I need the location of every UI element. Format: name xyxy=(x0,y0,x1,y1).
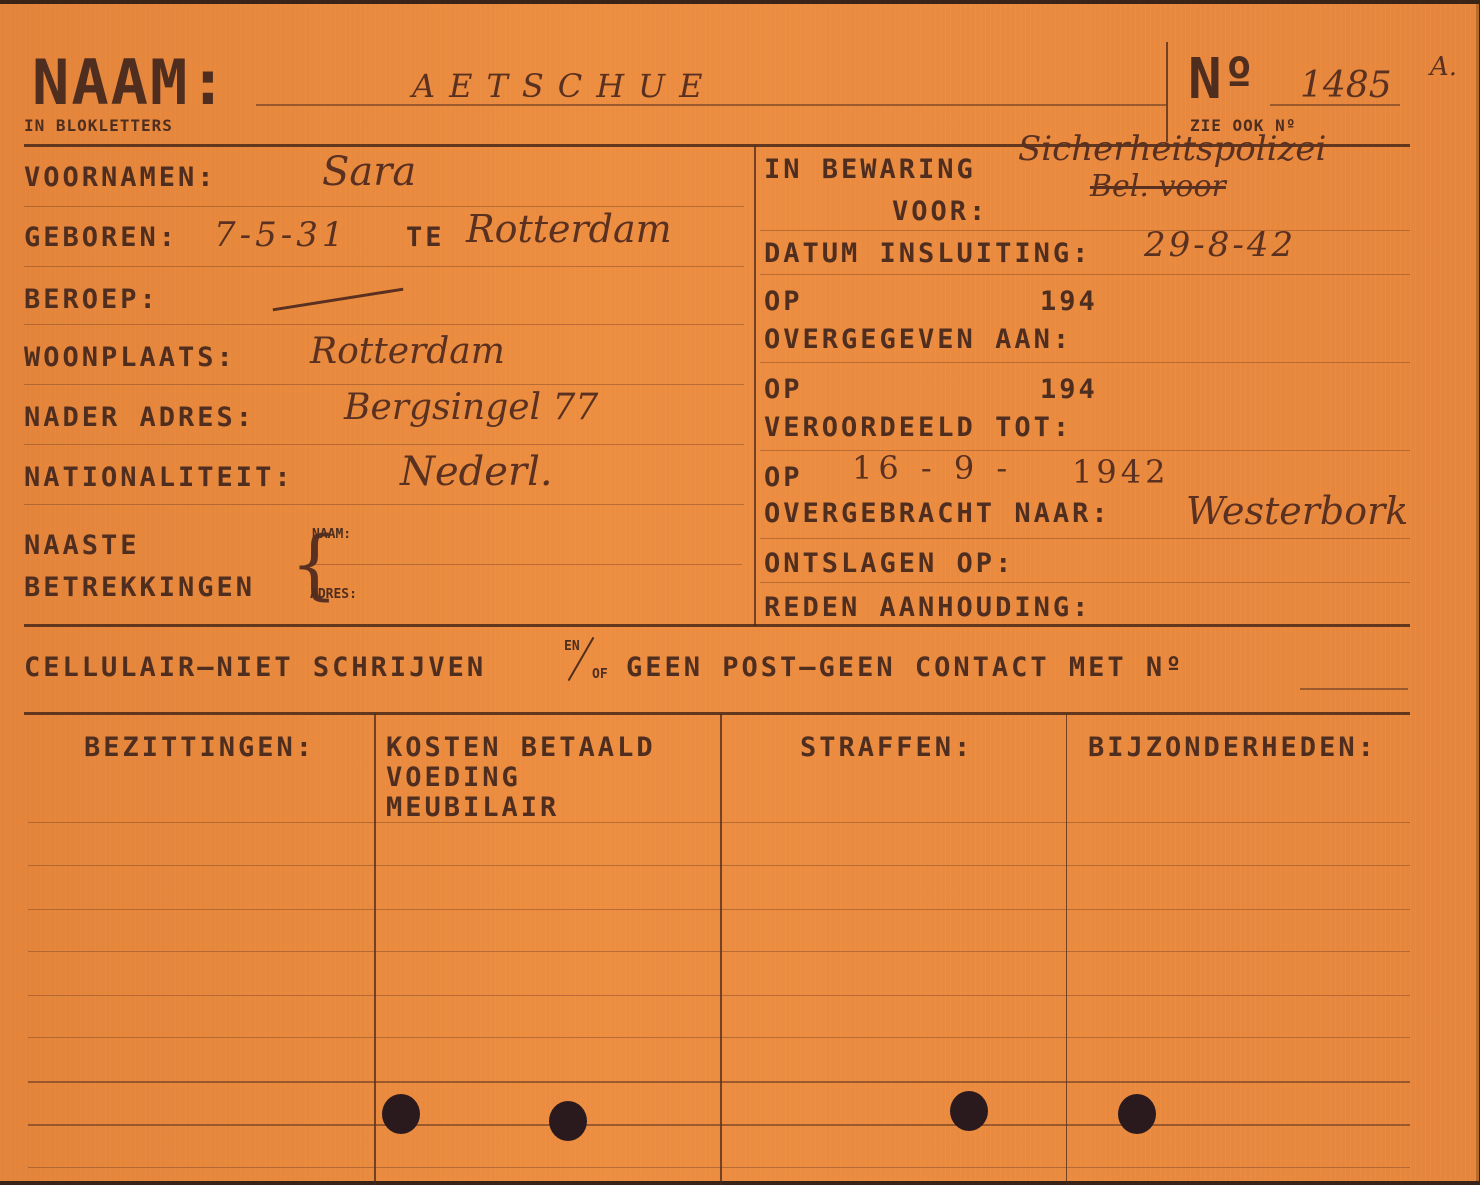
punch-hole xyxy=(549,1101,587,1141)
rule xyxy=(760,274,1410,275)
ledger-rule xyxy=(28,1124,1410,1126)
profession-dash xyxy=(273,288,404,312)
number-value: 1485 xyxy=(1300,68,1392,104)
reason-label: REDEN AANHOUDING: xyxy=(764,594,1091,621)
punch-hole xyxy=(1118,1094,1156,1134)
transfer-op-label: OP xyxy=(764,464,803,491)
rule xyxy=(760,582,1410,583)
ledger-rule xyxy=(28,995,1410,996)
birth-place-value: Rotterdam xyxy=(466,210,672,248)
first-names-value: Sara xyxy=(322,152,416,192)
nationality-label: NATIONALITEIT: xyxy=(24,464,294,491)
born-connector: TE xyxy=(406,224,445,251)
contact-number-underline xyxy=(1300,688,1408,690)
residence-label: WOONPLAATS: xyxy=(24,344,236,371)
punch-hole xyxy=(382,1094,420,1134)
rule xyxy=(24,384,744,385)
custody-value: Sicherheitspolizei xyxy=(1018,132,1326,166)
punch-hole xyxy=(950,1091,988,1131)
handed-op-label: OP xyxy=(764,288,803,315)
sentenced-op-label: OP xyxy=(764,376,803,403)
ledger-rule xyxy=(28,909,1410,910)
registration-card: NAAM: IN BLOKLETTERS AETSCHUE Nº ZIE OOK… xyxy=(0,4,1479,1181)
column-divider xyxy=(374,714,376,1181)
custody-struck-value: Bel. voor xyxy=(1090,172,1226,202)
section-divider xyxy=(754,146,756,626)
ledger-rule xyxy=(28,865,1410,866)
rule xyxy=(760,230,1410,231)
number-label: Nº xyxy=(1188,52,1255,108)
profession-label: BEROEP: xyxy=(24,286,159,313)
ledger-rule xyxy=(28,822,1410,823)
rule xyxy=(24,504,744,505)
costs-sub-food: VOEDING xyxy=(386,764,521,791)
relatives-name-label: NAAM: xyxy=(312,528,351,541)
rule xyxy=(760,362,1410,363)
handed-year-prefix: 194 xyxy=(1040,288,1098,315)
first-names-label: VOORNAMEN: xyxy=(24,164,217,191)
birth-date-value: 7-5-31 xyxy=(214,218,348,252)
date-value: 29-8-42 xyxy=(1144,228,1296,262)
rule xyxy=(760,538,1410,539)
custody-label-1: IN BEWARING xyxy=(764,156,976,183)
rule xyxy=(24,324,744,325)
relatives-label-1: NAASTE xyxy=(24,532,140,559)
sentenced-label: VEROORDEELD TOT: xyxy=(764,414,1072,441)
handed-label: OVERGEGEVEN AAN: xyxy=(764,326,1072,353)
costs-sub-furniture: MEUBILAIR xyxy=(386,794,559,821)
upper-section-rule xyxy=(24,624,1410,627)
rule xyxy=(24,266,744,267)
custody-label-2: VOOR: xyxy=(892,198,988,225)
costs-header: KOSTEN BETAALD xyxy=(386,734,656,761)
date-label: DATUM INSLUITING: xyxy=(764,240,1091,267)
address-label: NADER ADRES: xyxy=(24,404,255,431)
address-value: Bergsingel 77 xyxy=(344,390,598,426)
sentenced-year-prefix: 194 xyxy=(1040,376,1098,403)
column-divider xyxy=(1066,714,1067,1181)
transfer-date: 16 - 9 - xyxy=(852,452,1013,484)
lower-section-rule xyxy=(24,712,1410,715)
rule xyxy=(24,444,744,445)
ledger-rule xyxy=(28,1167,1410,1168)
transfer-year: 1942 xyxy=(1072,456,1169,488)
number-suffix: A. xyxy=(1430,54,1457,80)
name-label: NAAM: xyxy=(32,52,229,114)
transfer-value: Westerbork xyxy=(1186,492,1408,530)
ledger-rule xyxy=(28,1037,1410,1038)
notice-part1: CELLULAIR—NIET SCHRIJVEN xyxy=(24,654,486,681)
notice-of: OF xyxy=(592,668,608,681)
transfer-label: OVERGEBRACHT NAAR: xyxy=(764,500,1111,527)
born-label: GEBOREN: xyxy=(24,224,178,251)
residence-value: Rotterdam xyxy=(310,334,505,370)
nationality-value: Nederl. xyxy=(400,452,553,492)
particulars-header: BIJZONDERHEDEN: xyxy=(1088,734,1377,761)
possessions-header: BEZITTINGEN: xyxy=(84,734,315,761)
name-value: AETSCHUE xyxy=(412,70,716,102)
released-label: ONTSLAGEN OP: xyxy=(764,550,1014,577)
ledger-rule xyxy=(28,1081,1410,1083)
number-divider xyxy=(1166,42,1168,142)
ledger-rule xyxy=(28,951,1410,952)
relatives-label-2: BETREKKINGEN xyxy=(24,574,255,601)
notice-en: EN xyxy=(564,640,580,653)
name-sublabel: IN BLOKLETTERS xyxy=(24,118,173,134)
penalties-header: STRAFFEN: xyxy=(800,734,973,761)
relatives-address-label: ADRES: xyxy=(310,588,357,601)
notice-part2: GEEN POST—GEEN CONTACT MET Nº xyxy=(626,654,1184,681)
rule xyxy=(306,564,742,565)
column-divider xyxy=(720,714,722,1181)
